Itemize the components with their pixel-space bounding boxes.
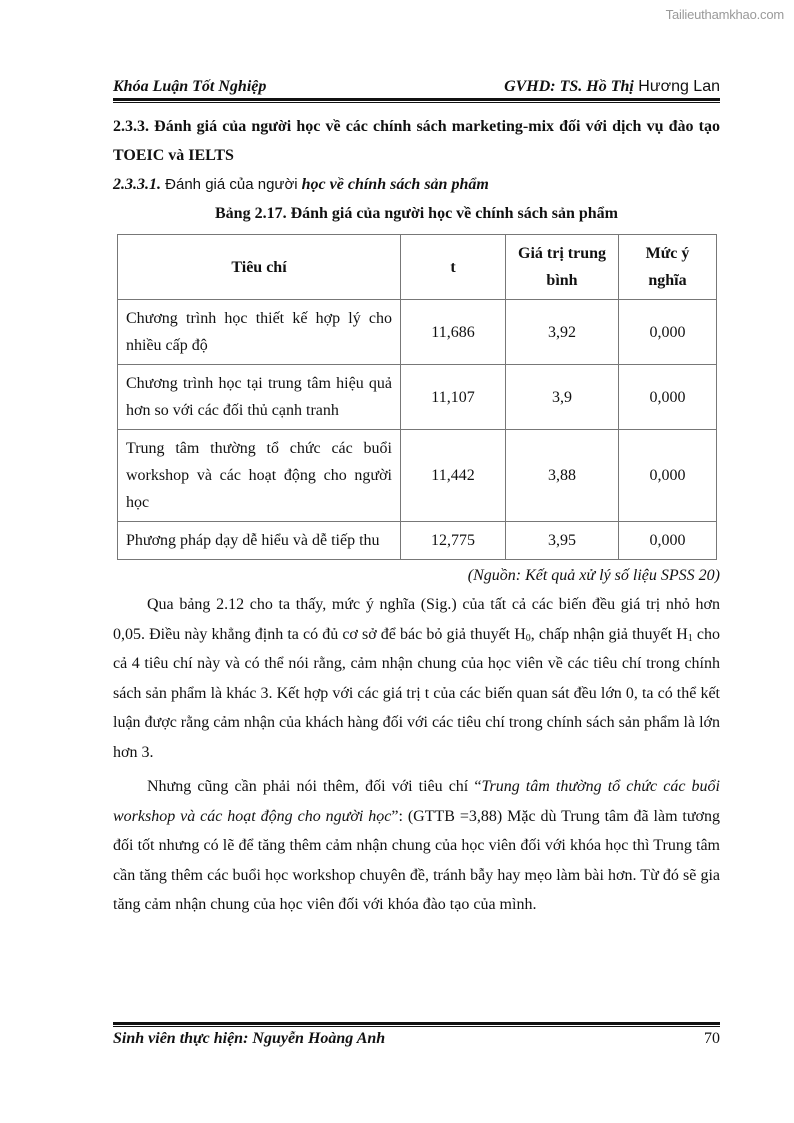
supervisor: GVHD: TS. Hồ Thị Hương Lan [504,78,720,96]
t-cell: 12,775 [401,522,506,560]
significance-cell: 0,000 [619,300,717,365]
t-cell: 11,442 [401,430,506,522]
significance-cell: 0,000 [619,522,717,560]
p1-text-c: cho cả 4 tiêu chí này và có thể nói rằng… [113,626,720,761]
header-rule [113,98,720,103]
student-name: Sinh viên thực hiện: Nguyễn Hoàng Anh [113,1030,385,1048]
paragraph-1: Qua bảng 2.12 cho ta thấy, mức ý nghĩa (… [113,590,720,767]
subsection-title-italic: học về chính sách sản phẩm [298,176,489,193]
col-significance: Mức ý nghĩa [619,235,717,300]
table-source: (Nguồn: Kết quả xử lý số liệu SPSS 20) [113,562,720,590]
significance-cell: 0,000 [619,365,717,430]
thesis-title: Khóa Luận Tốt Nghiệp [113,78,266,96]
mean-cell: 3,92 [506,300,619,365]
table-caption: Bảng 2.17. Đánh giá của người học về chí… [113,200,720,228]
criterion-cell: Phương pháp dạy dễ hiểu và dễ tiếp thu [118,522,401,560]
criterion-cell: Trung tâm thường tổ chức các buổi worksh… [118,430,401,522]
subsection-title-plain: Đánh giá của người [161,176,298,193]
criterion-cell: Chương trình học thiết kế hợp lý cho nhi… [118,300,401,365]
t-cell: 11,107 [401,365,506,430]
col-mean: Giá trị trung bình [506,235,619,300]
table-row: Phương pháp dạy dễ hiểu và dễ tiếp thu12… [118,522,717,560]
subsection-number: 2.3.3.1. [113,176,161,193]
supervisor-name: Hương Lan [634,78,720,95]
mean-cell: 3,9 [506,365,619,430]
supervisor-prefix: GVHD: TS. Hồ Thị [504,78,634,95]
page-footer: Sinh viên thực hiện: Nguyễn Hoàng Anh 70 [113,1030,720,1048]
col-criterion: Tiêu chí [118,235,401,300]
watermark: Tailieuthamkhao.com [666,7,784,22]
p1-text-b: , chấp nhận giả thuyết H [531,626,688,643]
mean-cell: 3,88 [506,430,619,522]
table-row: Chương trình học thiết kế hợp lý cho nhi… [118,300,717,365]
mean-cell: 3,95 [506,522,619,560]
significance-cell: 0,000 [619,430,717,522]
criterion-cell: Chương trình học tại trung tâm hiệu quả … [118,365,401,430]
table-header-row: Tiêu chí t Giá trị trung bình Mức ý nghĩ… [118,235,717,300]
page-header: Khóa Luận Tốt Nghiệp GVHD: TS. Hồ Thị Hư… [113,78,720,96]
page-number: 70 [704,1030,720,1048]
section-heading: 2.3.3. Đánh giá của người học về các chí… [113,112,720,170]
subsection-heading: 2.3.3.1. Đánh giá của người học về chính… [113,170,720,200]
table-row: Chương trình học tại trung tâm hiệu quả … [118,365,717,430]
page-body: 2.3.3. Đánh giá của người học về các chí… [113,112,720,920]
evaluation-table: Tiêu chí t Giá trị trung bình Mức ý nghĩ… [117,234,717,560]
table-row: Trung tâm thường tổ chức các buổi worksh… [118,430,717,522]
paragraph-2: Nhưng cũng cần phải nói thêm, đối với ti… [113,772,720,920]
footer-rule [113,1022,720,1027]
t-cell: 11,686 [401,300,506,365]
p2-text-a: Nhưng cũng cần phải nói thêm, đối với ti… [147,778,481,795]
col-t: t [401,235,506,300]
